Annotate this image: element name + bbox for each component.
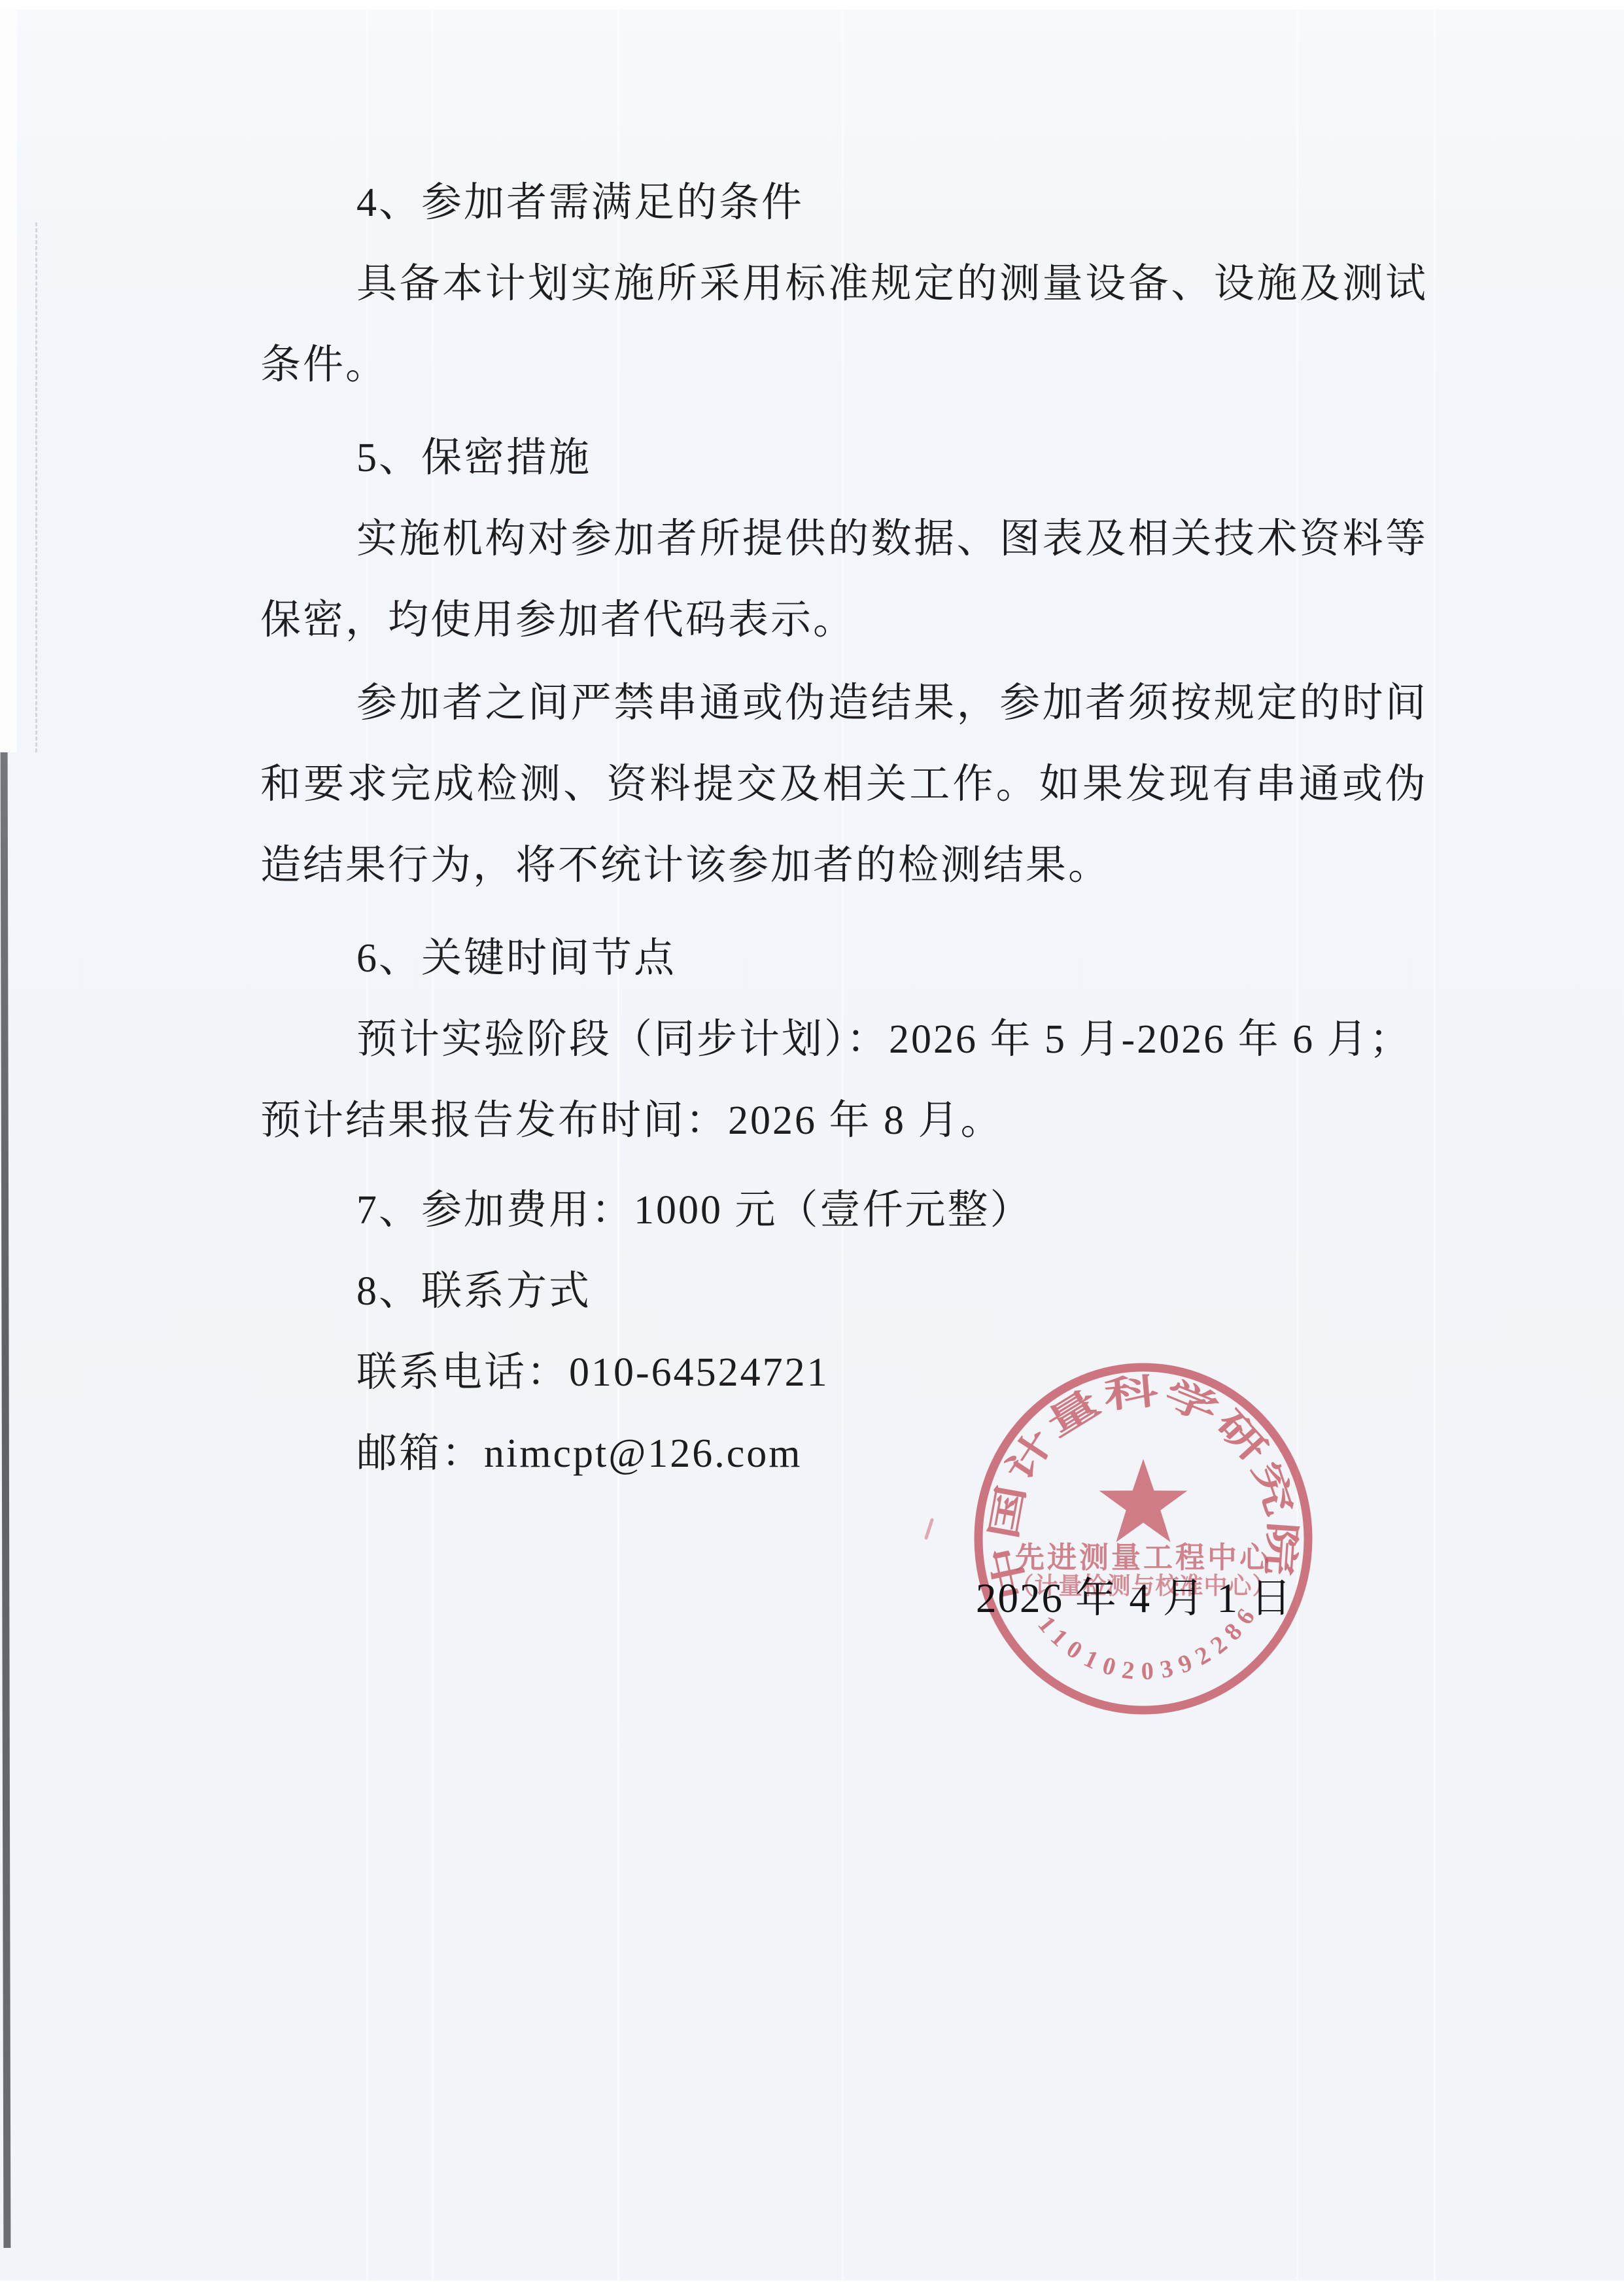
document-line: 5、保密措施 [260,435,1427,487]
document-line: 6、关键时间节点 [260,936,1427,988]
seal-center-line2: （计量检测与校准中心） [1010,1573,1276,1599]
document-line: 条件。 [260,342,1427,394]
seal-star-icon [1099,1459,1188,1542]
scan-edge-shadow [1,746,11,2248]
official-seal: 中国计量科学研究院 先进测量工程中心 （计量检测与校准中心） 110102039… [960,1349,1326,1728]
document-line: 预计结果报告发布时间：2026 年 8 月。 [260,1098,1427,1150]
document-line: 8、联系方式 [260,1269,1427,1321]
document-line: 和要求完成检测、资料提交及相关工作。如果发现有串通或伪 [260,762,1427,814]
scanned-document-page: 4、参加者需满足的条件 具备本计划实施所采用标准规定的测量设备、设施及测试 条件… [0,0,1624,2295]
scan-edge [0,2281,1624,2295]
document-line: 预计实验阶段（同步计划）：2026 年 5 月-2026 年 6 月； [260,1017,1427,1069]
scan-edge [0,0,1624,9]
document-line: 具备本计划实施所采用标准规定的测量设备、设施及测试 [260,261,1427,313]
seal-serial-number: 1101020392286 [1032,1601,1262,1685]
document-line: 造结果行为，将不统计该参加者的检测结果。 [260,843,1427,895]
document-line: 4、参加者需满足的条件 [260,180,1427,232]
document-line: 保密，均使用参加者代码表示。 [260,597,1427,650]
document-line: 7、参加费用：1000 元（壹仟元整） [260,1187,1427,1240]
document-line: 实施机构对参加者所提供的数据、图表及相关技术资料等 [260,516,1427,569]
scan-fold-line [35,222,37,752]
document-line: 参加者之间严禁串通或伪造结果，参加者须按规定的时间 [260,680,1427,733]
seal-center-line1: 先进测量工程中心 [1015,1541,1271,1574]
scan-edge [0,0,17,752]
scan-streak [1434,0,1436,2295]
ink-smudge [924,1518,934,1540]
